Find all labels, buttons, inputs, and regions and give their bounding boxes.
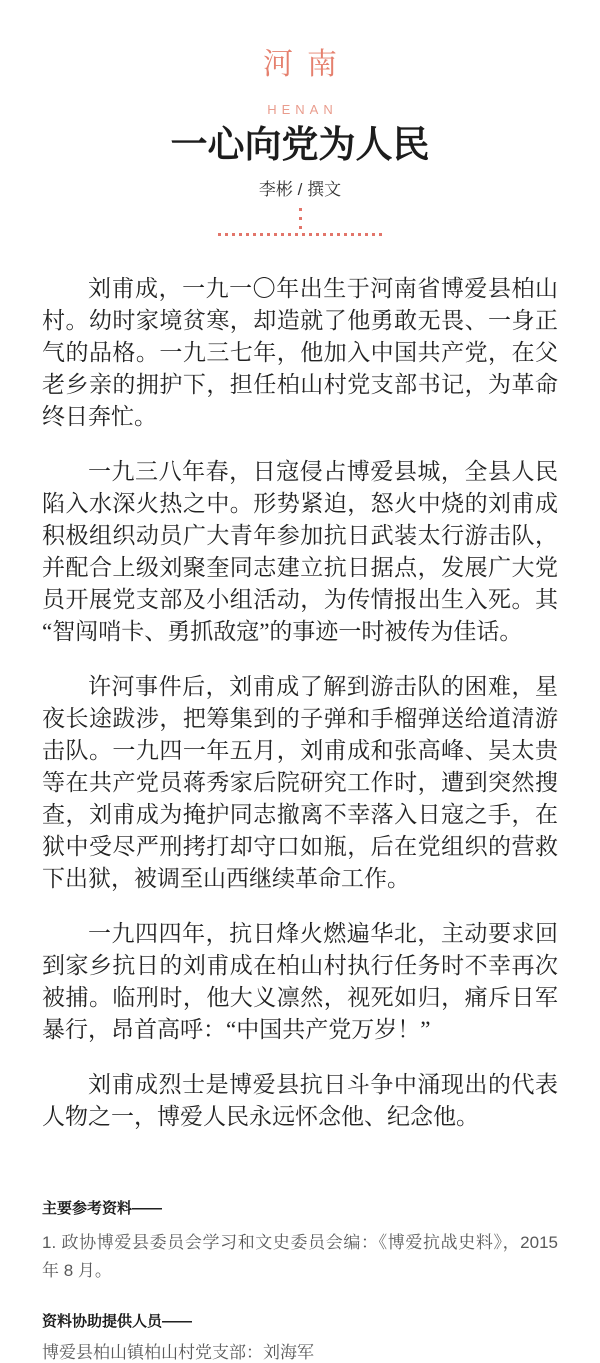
paragraph-3: 许河事件后，刘甫成了解到游击队的困难，星夜长途跋涉，把筹集到的子弹和手榴弹送给道…	[42, 671, 558, 895]
paragraph-5: 刘甫成烈士是博爱县抗日斗争中涌现出的代表人物之一，博爱人民永远怀念他、纪念他。	[42, 1069, 558, 1133]
byline: 李彬 / 撰文	[42, 181, 558, 198]
credits-section: 资料协助提供人员—— 博爱县柏山镇柏山村党支部：刘海军	[42, 1313, 558, 1363]
region-name-en: HENAN	[42, 103, 558, 116]
vertical-dots-icon	[299, 208, 302, 229]
reference-item: 1. 政协博爱县委员会学习和文史委员会编：《博爱抗战史料》，2015 年 8 月…	[42, 1229, 558, 1285]
article-page: 河南 HENAN 一心向党为人民 李彬 / 撰文 刘甫成，一九一〇年出生于河南省…	[0, 0, 600, 1363]
credits-heading: 资料协助提供人员——	[42, 1313, 558, 1331]
paragraph-4: 一九四四年，抗日烽火燃遍华北，主动要求回到家乡抗日的刘甫成在柏山村执行任务时不幸…	[42, 918, 558, 1046]
credit-item: 博爱县柏山镇柏山村党支部：刘海军	[42, 1339, 558, 1363]
paragraph-1: 刘甫成，一九一〇年出生于河南省博爱县柏山村。幼时家境贫寒，却造就了他勇敢无畏、一…	[42, 273, 558, 433]
dotted-divider-ornament	[42, 208, 558, 236]
horizontal-dots-icon	[218, 233, 383, 236]
region-name-cn: 河南	[42, 50, 558, 80]
page-title: 一心向党为人民	[42, 127, 558, 164]
paragraph-2: 一九三八年春，日寇侵占博爱县城，全县人民陷入水深火热之中。形势紧迫，怒火中烧的刘…	[42, 456, 558, 648]
references-heading: 主要参考资料——	[42, 1200, 558, 1218]
masthead: 河南 HENAN 一心向党为人民 李彬 / 撰文	[42, 50, 558, 236]
article-body: 刘甫成，一九一〇年出生于河南省博爱县柏山村。幼时家境贫寒，却造就了他勇敢无畏、一…	[42, 273, 558, 1133]
footer-notes: 主要参考资料—— 1. 政协博爱县委员会学习和文史委员会编：《博爱抗战史料》，2…	[42, 1200, 558, 1363]
references-section: 主要参考资料—— 1. 政协博爱县委员会学习和文史委员会编：《博爱抗战史料》，2…	[42, 1200, 558, 1285]
